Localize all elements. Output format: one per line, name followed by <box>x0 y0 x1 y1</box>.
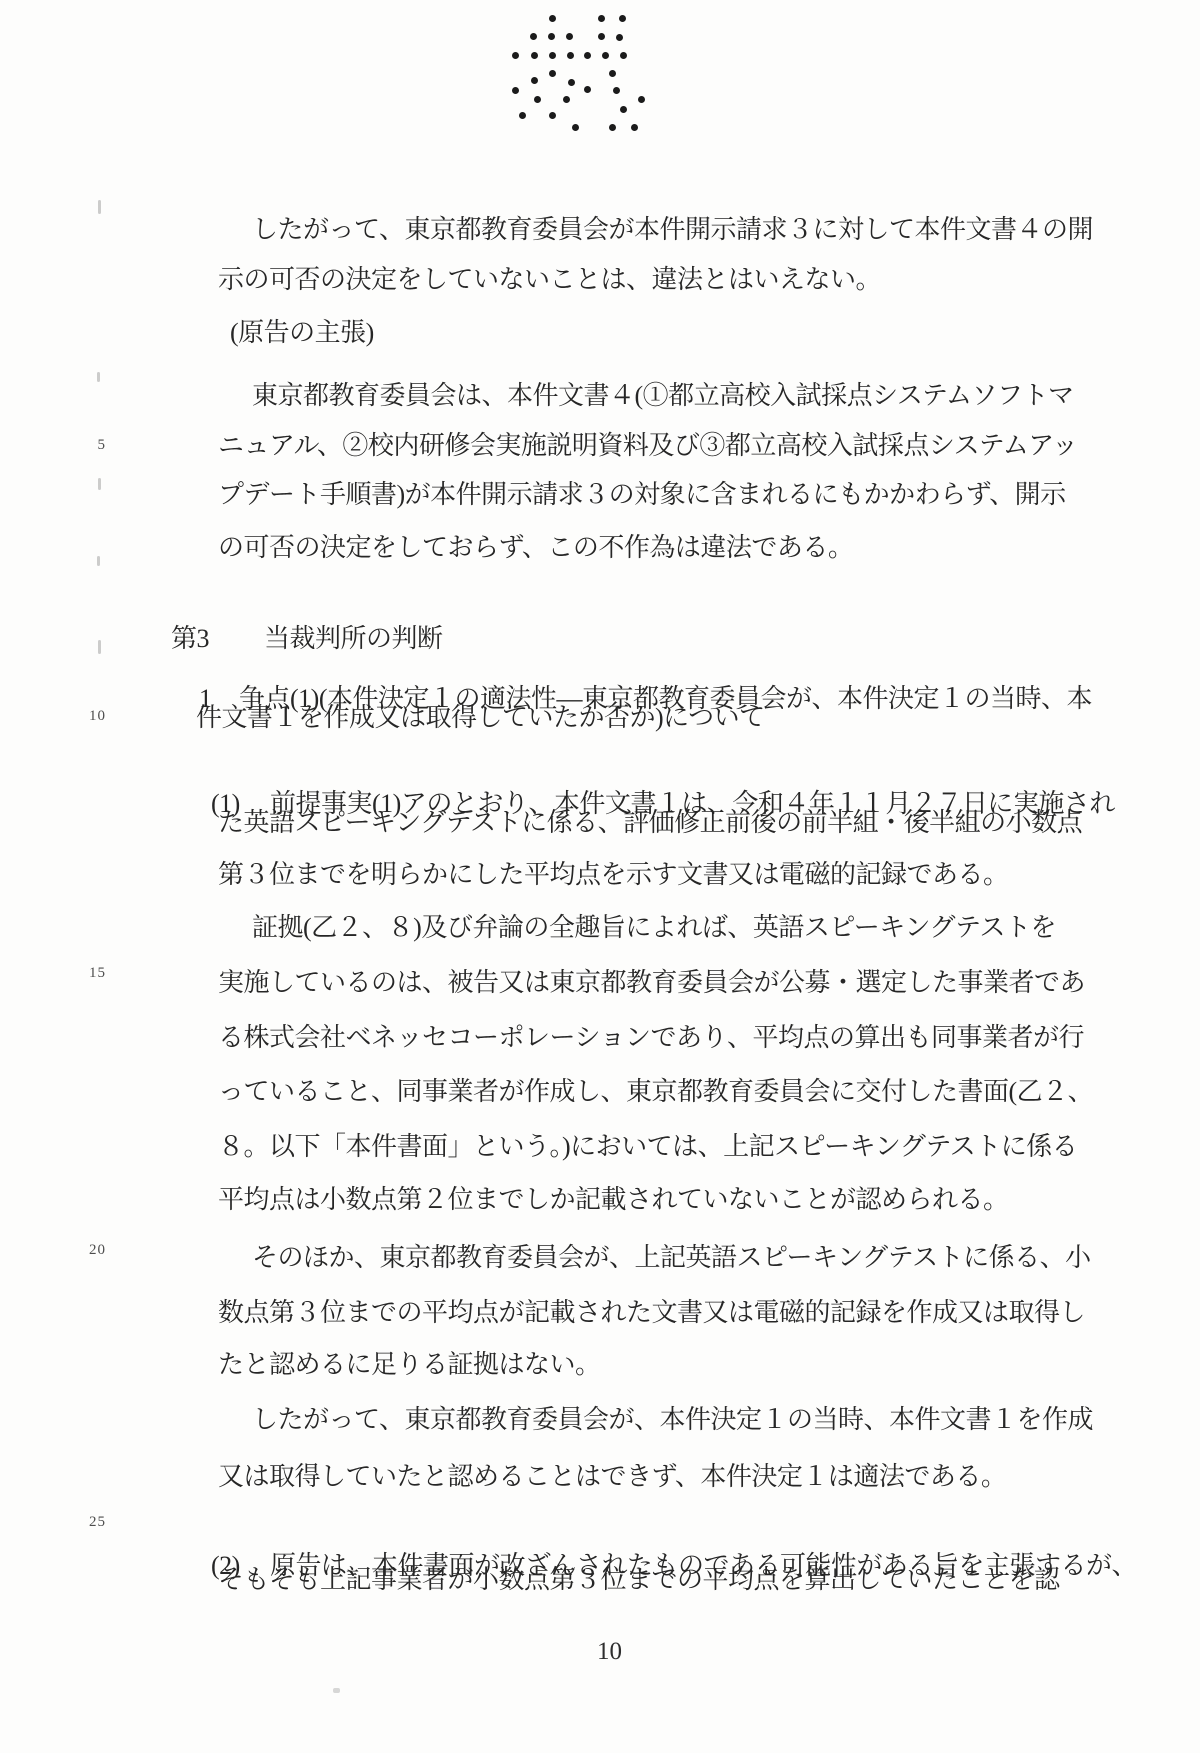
page-number: 10 <box>597 1638 622 1666</box>
margin-line-number-5: 5 <box>66 437 106 454</box>
text-line-1: したがって、東京都教育委員会が本件開示請求３に対して本件文書４の開 <box>252 213 1093 247</box>
text-line-3: (原告の主張) <box>230 316 374 350</box>
scan-artifact <box>98 478 101 490</box>
text-line-4: 東京都教育委員会は、本件文書４(①都立高校入試採点システムソフトマ <box>252 379 1074 413</box>
text-line-15: 実施しているのは、被告又は東京都教育委員会が公募・選定した事業者であ <box>218 966 1085 1000</box>
text-line-2: 示の可否の決定をしていないことは、違法とはいえない。 <box>218 263 881 297</box>
scan-artifact <box>97 556 100 566</box>
margin-line-number-25: 25 <box>66 1514 106 1531</box>
text-line-12: た英語スピーキングテストに係る、評価修正前後の前半組・後半組の小数点 <box>218 806 1082 840</box>
text-line-22: たと認めるに足りる証拠はない。 <box>218 1348 601 1382</box>
perforation-dot-pattern <box>549 15 556 22</box>
text-line-24: 又は取得していたと認めることはできず、本件決定１は適法である。 <box>218 1460 1006 1494</box>
scan-artifact <box>333 1688 340 1693</box>
margin-line-number-10: 10 <box>66 708 106 725</box>
text-line-16: る株式会社ベネッセコーポレーションであり、平均点の算出も同事業者が行 <box>218 1021 1084 1055</box>
text-line-20: そのほか、東京都教育委員会が、上記英語スピーキングテストに係る、小 <box>252 1241 1091 1275</box>
text-line-21: 数点第３位までの平均点が記載された文書又は電磁的記録を作成又は取得し <box>218 1296 1085 1330</box>
text-line-14: 証拠(乙２、８)及び弁論の全趣旨によれば、英語スピーキングテストを <box>252 911 1056 945</box>
text-line-5: ニュアル、②校内研修会実施説明資料及び③都立高校入試採点システムアッ <box>218 429 1077 463</box>
text-line-26: そもそも上記事業者が小数点第３位までの平均点を算出していたことを認 <box>218 1563 1060 1597</box>
scan-artifact <box>98 640 101 654</box>
margin-line-number-20: 20 <box>66 1242 106 1259</box>
text-line-7: の可否の決定をしておらず、この不作為は違法である。 <box>218 531 853 565</box>
text-line-17: っていること、同事業者が作成し、東京都教育委員会に交付した書面(乙２、 <box>218 1075 1093 1109</box>
text-line-19: 平均点は小数点第２位までしか記載されていないことが認められる。 <box>218 1183 1009 1217</box>
text-line-6: プデート手順書)が本件開示請求３の対象に含まれるにもかかわらず、開示 <box>218 478 1066 512</box>
scan-artifact <box>98 200 101 214</box>
scan-artifact <box>97 372 100 382</box>
margin-line-number-15: 15 <box>66 965 106 982</box>
text-line-23: したがって、東京都教育委員会が、本件決定１の当時、本件文書１を作成 <box>252 1403 1093 1437</box>
document-page: 5 10 15 20 25 したがって、東京都教育委員会が本件開示請求３に対して… <box>0 0 1200 1753</box>
text-line-10: 件文書１を作成又は取得していたか否か)について <box>196 701 765 735</box>
text-line-18: ８。以下「本件書面」という。)においては、上記スピーキングテストに係る <box>218 1130 1077 1164</box>
text-line-13: 第３位までを明らかにした平均点を示す文書又は電磁的記録である。 <box>218 858 1009 892</box>
